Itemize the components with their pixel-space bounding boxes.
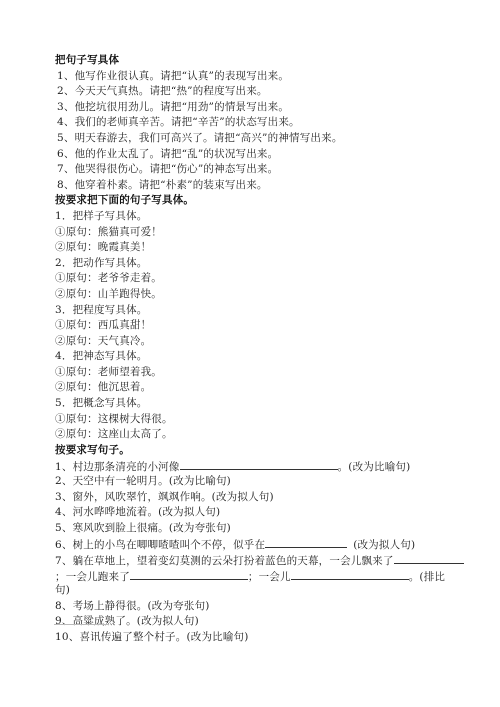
- group-label: 2．把动作写具体。: [55, 256, 475, 272]
- section-title-make-specific: 把句子写具体: [55, 53, 475, 69]
- answer-blank[interactable]: [291, 568, 409, 580]
- answer-blank[interactable]: [130, 568, 248, 580]
- question-suffix: 。(改为比喻句): [338, 461, 411, 473]
- question-4: 4、河水哗哗地流着。(改为拟人句): [55, 505, 475, 521]
- original-sentence: ②原句：晚霞真美！: [55, 240, 475, 256]
- question-2: 2、天空中有一轮明月。(改为比喻句): [55, 474, 475, 490]
- question-suffix: (改为拟人句): [353, 539, 415, 551]
- answer-blank[interactable]: [265, 536, 347, 548]
- answer-blank[interactable]: [180, 458, 338, 470]
- original-sentence: ②原句：天气真冷。: [55, 334, 475, 350]
- original-sentence: ①原句：老师望着我。: [55, 365, 475, 381]
- question-7-cont: ；一会儿跑来了；一会儿。(排比: [55, 568, 475, 584]
- question-text: ；一会儿: [248, 571, 291, 583]
- question-text: 1、村边那条清亮的小河像: [55, 461, 180, 473]
- question-7-end: 句): [55, 583, 475, 599]
- original-sentence: ①原句：老爷爷走着。: [55, 271, 475, 287]
- question-9: 9、高粱成熟了。(改为拟人句): [55, 614, 475, 630]
- exercise-item: 2、今天天气真热。请把“热”的程度写出来。: [55, 84, 475, 100]
- exercise-item: 1、他写作业很认真。请把“认真”的表现写出来。: [55, 69, 475, 85]
- exercise-item: 6、他的作业太乱了。请把“乱”的状况写出来。: [55, 147, 475, 163]
- original-sentence: ②原句：他沉思着。: [55, 380, 475, 396]
- exercise-item: 3、他挖坑很用劲儿。请把“用劲”的情景写出来。: [55, 100, 475, 116]
- original-sentence: ②原句：这座山太高了。: [55, 427, 475, 443]
- section-title-rewrite: 按要求把下面的句子写具体。: [55, 193, 475, 209]
- question-8: 8、考场上静得很。(改为夸张句): [55, 599, 475, 615]
- question-5: 5、寒风吹到脸上很痛。(改为夸张句): [55, 521, 475, 537]
- question-text: 6、树上的小鸟在唧唧喳喳叫个不停，似乎在: [55, 539, 265, 551]
- exercise-item: 8、他穿着朴素。请把“朴素”的装束写出来。: [55, 178, 475, 194]
- exercise-item: 7、他哭得很伤心。请把“伤心”的神态写出来。: [55, 162, 475, 178]
- question-10: 10、喜讯传遍了整个村子。(改为比喻句): [55, 630, 475, 646]
- section-title-write-sentences: 按要求写句子。: [55, 443, 475, 459]
- group-label: 3．把程度写具体。: [55, 303, 475, 319]
- group-label: 5．把概念写具体。: [55, 396, 475, 412]
- footnote-divider: [54, 624, 109, 625]
- answer-blank[interactable]: [394, 552, 464, 564]
- original-sentence: ②原句：山羊跑得快。: [55, 287, 475, 303]
- exercise-item: 4、我们的老师真辛苦。请把“辛苦”的状态写出来。: [55, 115, 475, 131]
- group-label: 4．把神态写具体。: [55, 349, 475, 365]
- question-7: 7、躺在草地上，望着变幻莫测的云朵打扮着蓝色的天幕，一会儿飘来了: [55, 552, 475, 568]
- question-text: 7、躺在草地上，望着变幻莫测的云朵打扮着蓝色的天幕，一会儿飘来了: [55, 555, 394, 567]
- worksheet-page: 把句子写具体 1、他写作业很认真。请把“认真”的表现写出来。 2、今天天气真热。…: [55, 53, 475, 646]
- exercise-item: 5、明天春游去，我们可高兴了。请把“高兴”的神情写出来。: [55, 131, 475, 147]
- original-sentence: ①原句：熊猫真可爱！: [55, 225, 475, 241]
- original-sentence: ①原句：西瓜真甜！: [55, 318, 475, 334]
- question-suffix: 。(排比: [409, 571, 445, 583]
- question-1: 1、村边那条清亮的小河像。(改为比喻句): [55, 458, 475, 474]
- question-6: 6、树上的小鸟在唧唧喳喳叫个不停，似乎在(改为拟人句): [55, 536, 475, 552]
- original-sentence: ①原句：这棵树大得很。: [55, 412, 475, 428]
- group-label: 1．把样子写具体。: [55, 209, 475, 225]
- question-3: 3、窗外，风吹翠竹，飒飒作响。(改为拟人句): [55, 490, 475, 506]
- question-text: ；一会儿跑来了: [55, 571, 130, 583]
